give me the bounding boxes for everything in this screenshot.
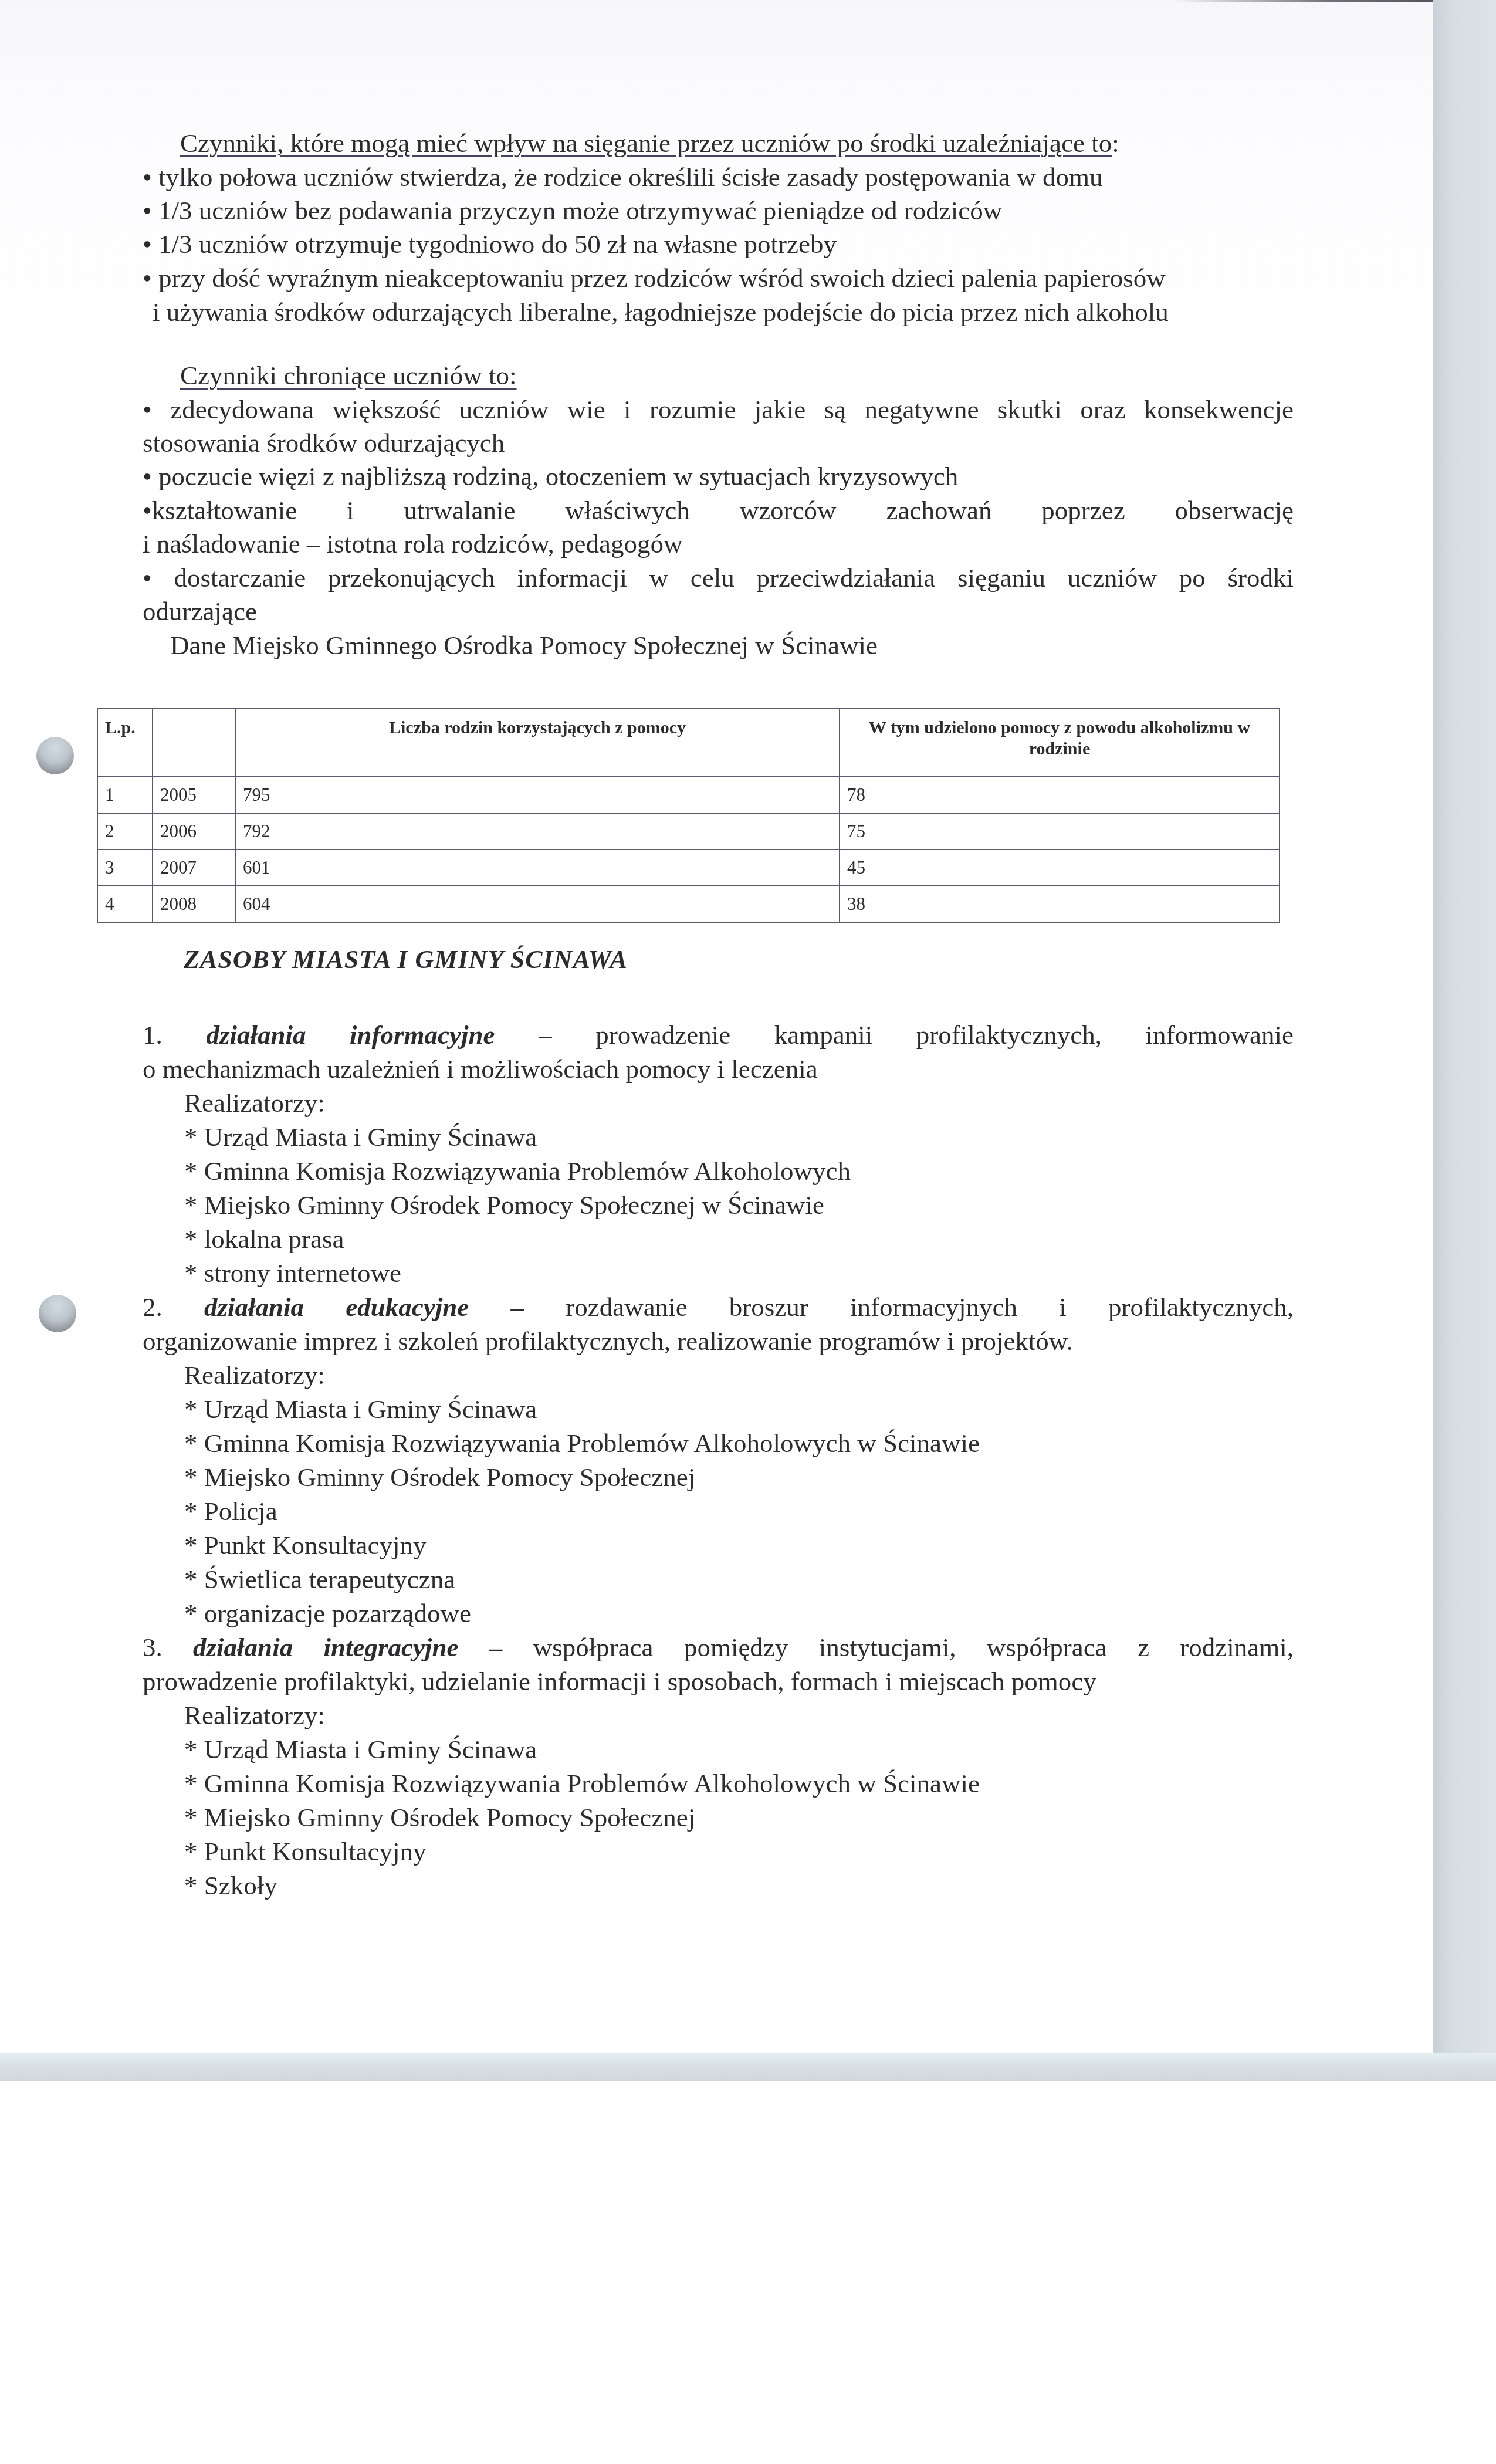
resource-section-1-line1: 1. działania informacyjne – prowadzenie …	[143, 1018, 1294, 1052]
data-source-note: Dane Miejsko Gminnego Ośrodka Pomocy Spo…	[170, 628, 878, 662]
realizer-item: * Punkt Konsultacyjny	[184, 1835, 427, 1869]
realizer-item: * Gminna Komisja Rozwiązywania Problemów…	[184, 1766, 980, 1800]
risk-factor-item: • 1/3 uczniów bez podawania przyczyn moż…	[143, 194, 1002, 228]
resource-section-2-line2: organizowanie imprez i szkoleń profilakt…	[143, 1324, 1073, 1358]
scanned-page: Czynniki, które mogą mieć wpływ na sięga…	[0, 0, 1433, 2053]
realizer-item: * Miejsko Gminny Ośrodek Pomocy Społeczn…	[184, 1460, 695, 1494]
protective-factor-line: •kształtowanie i utrwalanie właściwych w…	[143, 493, 1294, 527]
social-aid-table: L.p. Liczba rodzin korzystających z pomo…	[97, 708, 1280, 923]
risk-factor-item: • przy dość wyraźnym nieakceptowaniu prz…	[143, 261, 1166, 295]
protective-factor-line: • dostarczanie przekonujących informacji…	[143, 561, 1294, 595]
section-title: działania edukacyjne	[204, 1292, 469, 1322]
resource-section-1-line2: o mechanizmach uzależnień i możliwościac…	[143, 1052, 818, 1086]
bullet-icon: •	[143, 263, 152, 293]
bullet-icon: •	[143, 196, 152, 225]
protective-factor-line: i naśladowanie – istotna rola rodziców, …	[143, 527, 683, 561]
resource-section-3-line1: 3. działania integracyjne – współpraca p…	[143, 1630, 1294, 1664]
risk-factor-item: • 1/3 uczniów otrzymuje tygodniowo do 50…	[143, 227, 837, 261]
realizer-item: * strony internetowe	[184, 1256, 401, 1290]
realizer-item: * Świetlica terapeutyczna	[184, 1562, 455, 1596]
realizer-item: * Punkt Konsultacyjny	[184, 1528, 427, 1562]
table-row: 2 2006 792 75	[97, 813, 1280, 849]
page-top-edge-shadow	[1173, 0, 1433, 2]
realizer-item: * Policja	[184, 1494, 277, 1528]
table-header-row: L.p. Liczba rodzin korzystających z pomo…	[97, 709, 1280, 777]
section-title: działania integracyjne	[193, 1633, 458, 1662]
header-families-count: Liczba rodzin korzystających z pomocy	[235, 709, 840, 777]
realizer-item: * Szkoły	[184, 1869, 277, 1903]
section-title: działania informacyjne	[206, 1020, 495, 1050]
realizer-item: * Gminna Komisja Rozwiązywania Problemów…	[184, 1154, 851, 1188]
header-lp: L.p.	[97, 709, 153, 777]
resources-heading: ZASOBY MIASTA I GMINY ŚCINAWA	[184, 943, 628, 977]
resource-section-2-line1: 2. działania edukacyjne – rozdawanie bro…	[143, 1290, 1294, 1324]
header-year	[153, 709, 235, 777]
scanner-bed-bottom	[0, 2053, 1496, 2081]
header-alcoholism-aid: W tym udzielono pomocy z powodu alkoholi…	[840, 709, 1280, 777]
heading-colon: :	[1112, 128, 1119, 158]
realizer-item: * Miejsko Gminny Ośrodek Pomocy Społeczn…	[184, 1800, 695, 1835]
realizer-item: * Urząd Miasta i Gminy Ścinawa	[184, 1120, 537, 1154]
risk-factor-item: • tylko połowa uczniów stwierdza, że rod…	[143, 160, 1103, 194]
risk-factors-heading-text: Czynniki, które mogą mieć wpływ na sięga…	[180, 128, 1112, 158]
table-row: 4 2008 604 38	[97, 886, 1280, 922]
protective-factor-line: odurzające	[143, 594, 257, 628]
table-row: 1 2005 795 78	[97, 777, 1280, 813]
risk-factors-heading: Czynniki, które mogą mieć wpływ na sięga…	[180, 126, 1119, 160]
punch-hole-icon	[36, 737, 74, 774]
bullet-icon: •	[143, 163, 152, 192]
scanner-bed-right	[1433, 0, 1496, 2081]
realizers-label: Realizatorzy:	[184, 1358, 325, 1392]
risk-factor-item-continuation: i używania środków odurzających liberaln…	[153, 295, 1169, 329]
resource-section-3-line2: prowadzenie profilaktyki, udzielanie inf…	[143, 1664, 1096, 1698]
bullet-icon: •	[143, 229, 152, 259]
realizers-label: Realizatorzy:	[184, 1086, 325, 1120]
protective-factor-line: stosowania środków odurzających	[143, 426, 505, 460]
protective-factors-heading: Czynniki chroniące uczniów to:	[180, 358, 517, 392]
realizer-item: * lokalna prasa	[184, 1222, 344, 1256]
protective-factor-line: • zdecydowana większość uczniów wie i ro…	[143, 392, 1294, 427]
punch-hole-icon	[39, 1295, 76, 1332]
realizer-item: * Gminna Komisja Rozwiązywania Problemów…	[184, 1426, 980, 1460]
realizers-label: Realizatorzy:	[184, 1698, 325, 1732]
realizer-item: * Miejsko Gminny Ośrodek Pomocy Społeczn…	[184, 1188, 824, 1222]
realizer-item: * Urząd Miasta i Gminy Ścinawa	[184, 1392, 537, 1426]
realizer-item: * Urząd Miasta i Gminy Ścinawa	[184, 1732, 537, 1766]
table-row: 3 2007 601 45	[97, 849, 1280, 886]
protective-factor-line: • poczucie więzi z najbliższą rodziną, o…	[143, 459, 958, 493]
realizer-item: * organizacje pozarządowe	[184, 1596, 471, 1630]
